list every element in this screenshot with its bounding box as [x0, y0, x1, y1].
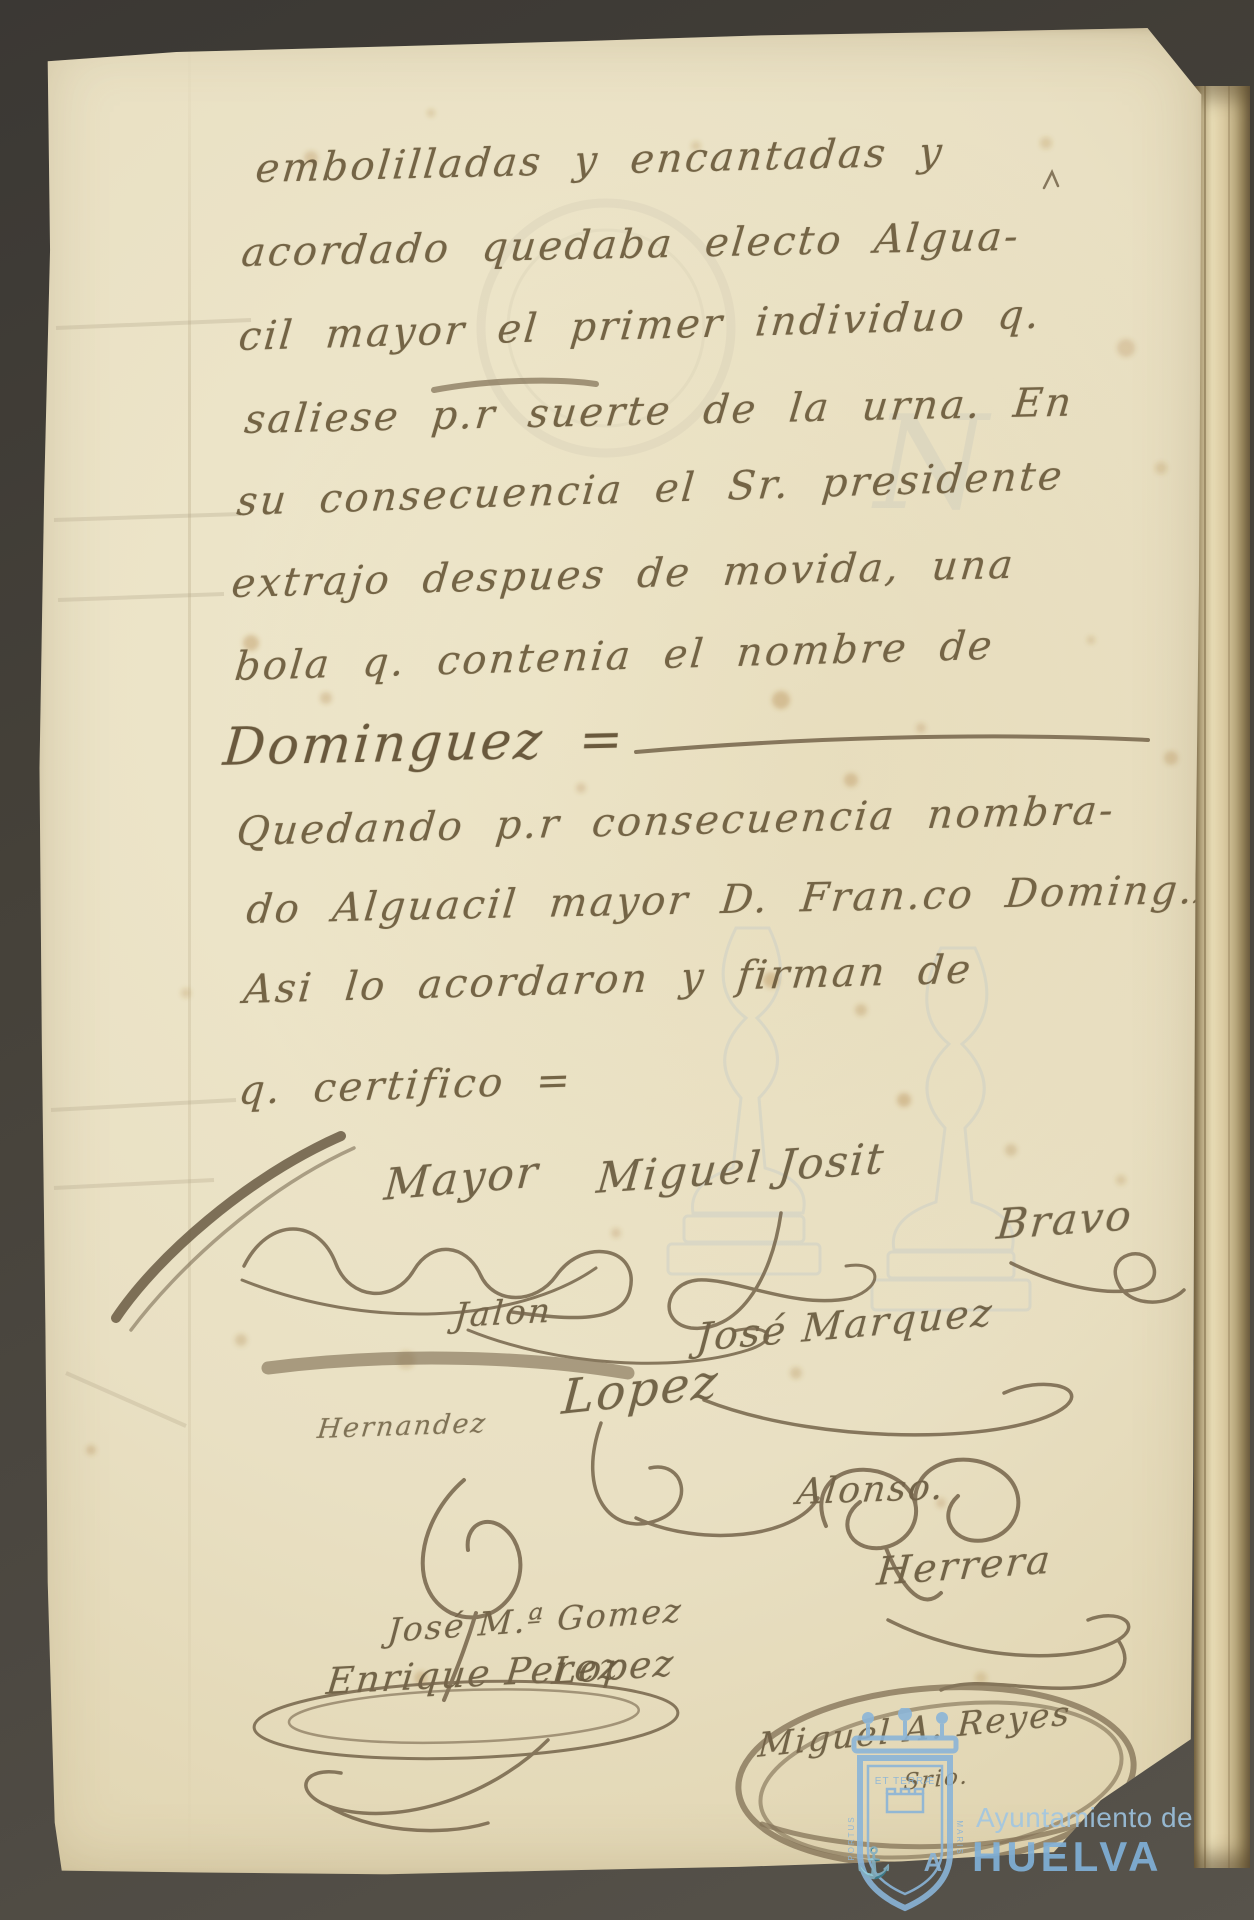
- page-edge-crease: [1228, 86, 1230, 1868]
- rubric-mayor-loops: [244, 1229, 631, 1318]
- stray-caret-mark: [1044, 172, 1058, 188]
- rubric-marquez-flourish: [704, 1384, 1072, 1435]
- rubric-josit-loop: [846, 1265, 875, 1298]
- rubric-flourishes: [36, 28, 1206, 1878]
- rubric-perez-flourish: [306, 1740, 548, 1831]
- rubric-ellipse-group: [253, 1675, 679, 1766]
- rubric-dominguez-dash: [636, 736, 1148, 752]
- document-page: N: [36, 28, 1206, 1878]
- rubric-mayor-sweep: [242, 1268, 596, 1314]
- page-stack-edge: [1194, 86, 1250, 1868]
- rubric-p-loop: [423, 1480, 521, 1700]
- rubric-herrera-flourish: [888, 1616, 1129, 1690]
- ink-retouch-stroke: [434, 381, 596, 390]
- rubric-josit-j: [669, 1213, 851, 1328]
- page-edge-crease: [1204, 86, 1206, 1868]
- rubric-double-loop: [821, 1460, 1018, 1600]
- rubric-lopez1-loops: [593, 1423, 818, 1535]
- rubric-bravo-curl: [1011, 1254, 1184, 1302]
- rubric-smudge-line: [268, 1358, 628, 1373]
- scan-background: N: [0, 0, 1254, 1920]
- rubric-reyes-oval: [732, 1674, 1139, 1878]
